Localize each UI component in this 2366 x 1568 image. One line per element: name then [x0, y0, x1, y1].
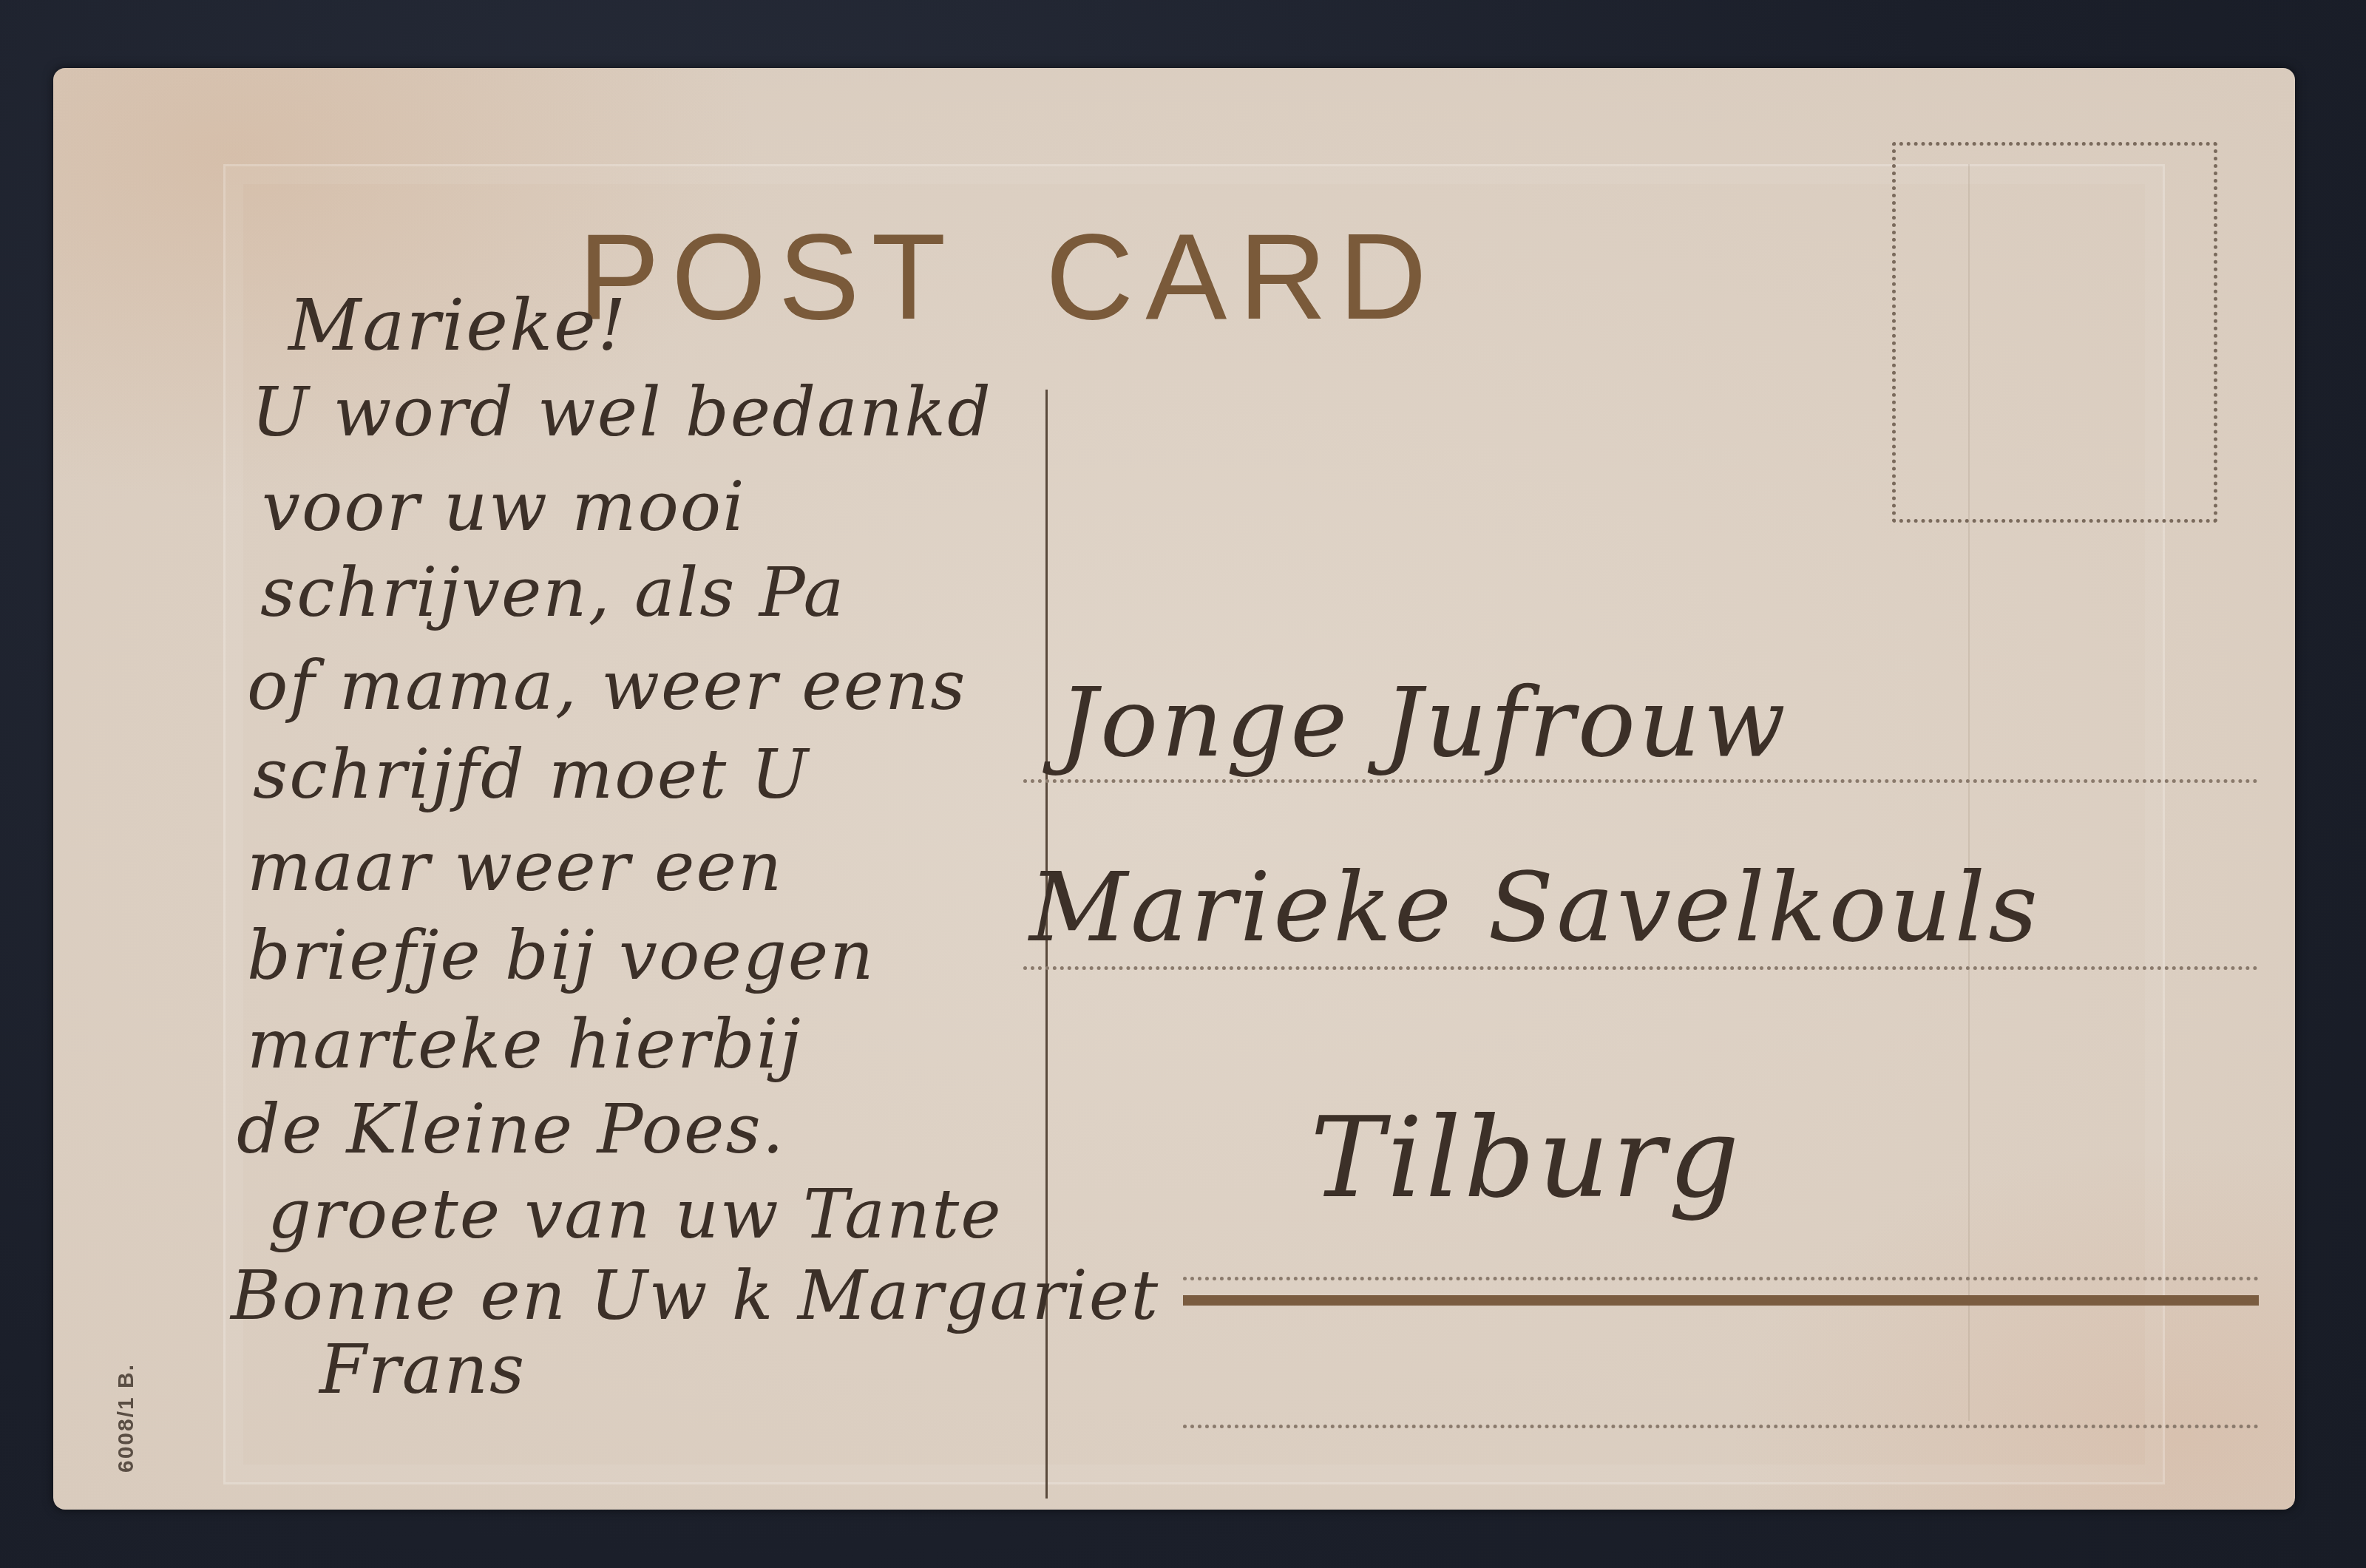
- address-line-2: Marieke Savelkouls: [1029, 859, 2041, 955]
- postcard-title: POST CARD: [578, 216, 1539, 338]
- message-line: briefje bij voegen: [247, 922, 875, 990]
- message-line: voor uw mooi: [262, 473, 746, 541]
- address-rule: [1183, 1277, 2259, 1280]
- message-line: Frans: [319, 1336, 526, 1404]
- message-line: Bonne en Uw k Margariet: [231, 1262, 1159, 1330]
- address-line-1: Jonge Jufrouw: [1059, 674, 1789, 770]
- address-rule: [1023, 966, 2258, 970]
- message-line: schrijven, als Pa: [260, 559, 845, 627]
- message-line: maar weer een: [247, 833, 783, 901]
- printer-code: 6008/1 B.: [114, 1363, 139, 1473]
- message-line: groete van uw Tante: [268, 1181, 1003, 1249]
- message-line: de Kleine Poes.: [237, 1096, 785, 1164]
- postcard: POST CARD Marieke! U word wel bedankd vo…: [53, 68, 2295, 1510]
- message-line: of mama, weer eens: [247, 652, 967, 720]
- message-line: Marieke!: [288, 290, 628, 361]
- address-line-3: Tilburg: [1310, 1103, 1742, 1214]
- message-line: marteke hierbij: [247, 1011, 802, 1079]
- message-line: U word wel bedankd: [251, 379, 992, 447]
- address-rule: [1183, 1425, 2259, 1428]
- address-rule: [1023, 779, 2258, 783]
- message-line: schrijfd moet U: [253, 741, 810, 809]
- address-thick-rule: [1183, 1295, 2259, 1306]
- stamp-box: [1892, 142, 2217, 523]
